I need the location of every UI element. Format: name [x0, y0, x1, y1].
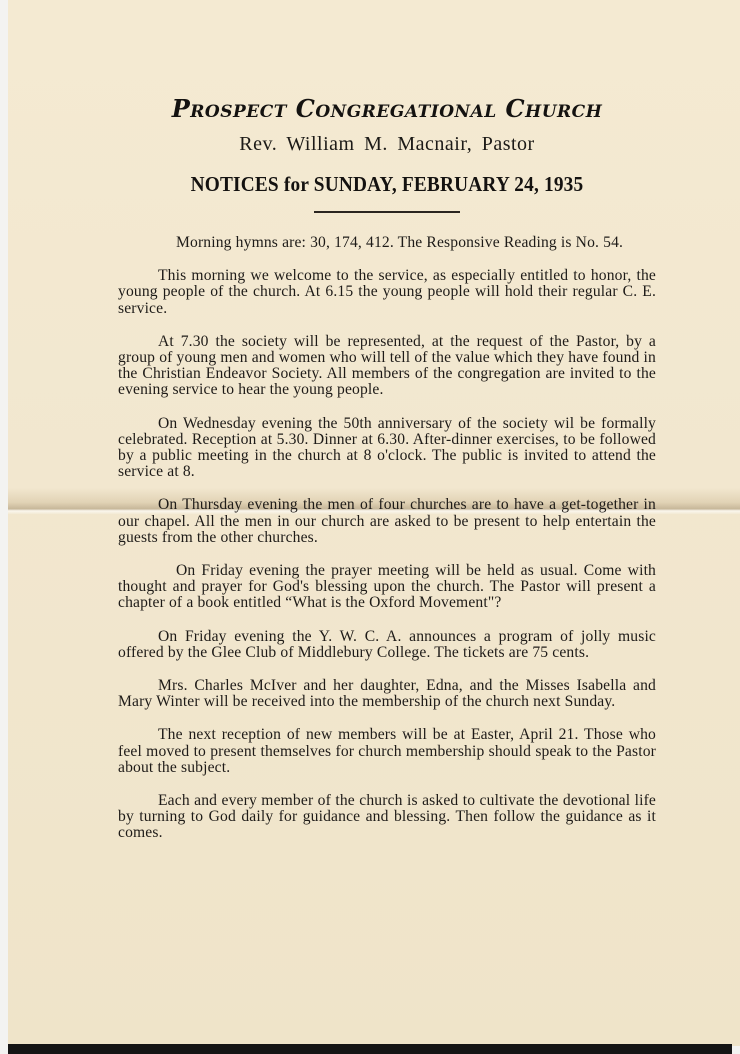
pastor-line: Rev. William M. Macnair, Pastor — [118, 133, 656, 156]
heading-divider — [314, 211, 460, 213]
scanned-document: Prospect Congregational Church Rev. Will… — [0, 0, 740, 1054]
notices-list: Morning hymns are: 30, 174, 412. The Res… — [118, 235, 656, 842]
scan-bottom-edge — [8, 1044, 732, 1054]
paper-sheet: Prospect Congregational Church Rev. Will… — [8, 0, 740, 1046]
notice-evening-service: At 7.30 the society will be represented,… — [118, 334, 656, 399]
notice-new-members: Mrs. Charles McIver and her daughter, Ed… — [118, 678, 656, 710]
notice-devotional-life: Each and every member of the church is a… — [118, 793, 656, 842]
notices-heading: NOTICES for SUNDAY, FEBRUARY 24, 1935 — [140, 172, 635, 197]
bulletin-content: Prospect Congregational Church Rev. Will… — [118, 88, 656, 859]
notice-young-people-welcome: This morning we welcome to the service, … — [118, 268, 656, 317]
notice-friday-prayer-meeting: On Friday evening the prayer meeting wil… — [118, 563, 656, 612]
notice-thursday-get-together: On Thursday evening the men of four chur… — [118, 497, 656, 546]
church-name-title: Prospect Congregational Church — [118, 94, 656, 123]
notice-hymns: Morning hymns are: 30, 174, 412. The Res… — [118, 235, 656, 251]
notice-ywca-glee-club: On Friday evening the Y. W. C. A. announ… — [118, 629, 656, 661]
notice-wednesday-anniversary: On Wednesday evening the 50th anniversar… — [118, 416, 656, 481]
notice-easter-reception: The next reception of new members will b… — [118, 727, 656, 776]
